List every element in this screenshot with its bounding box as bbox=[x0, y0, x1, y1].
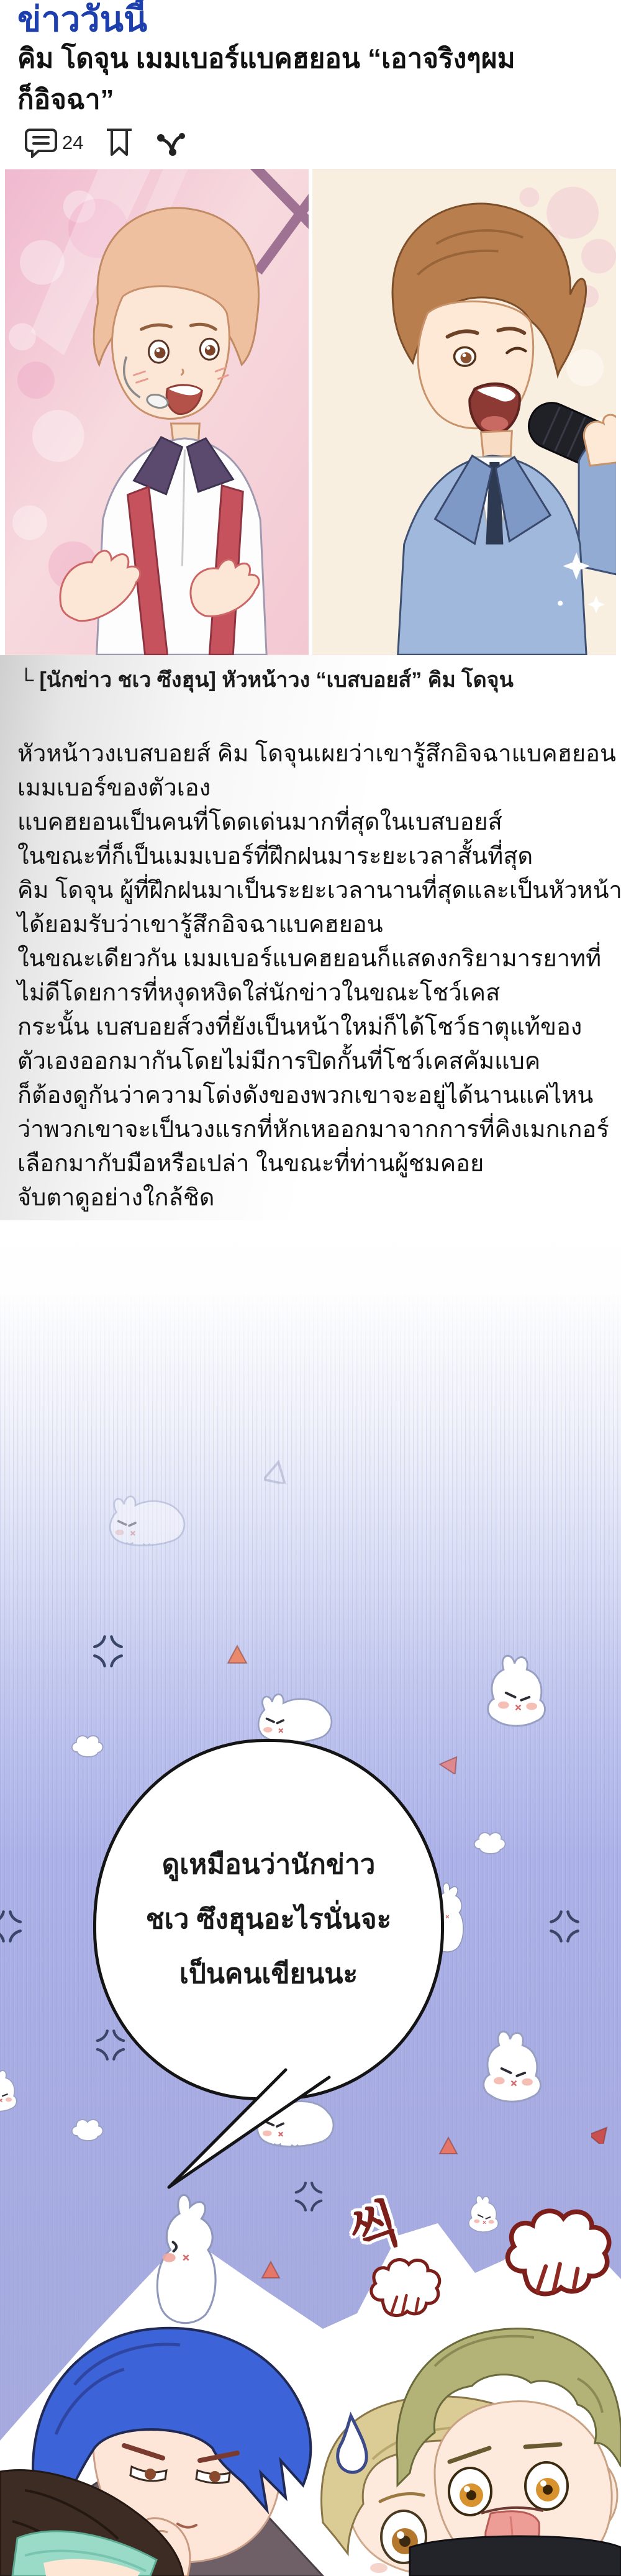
triangle-orange bbox=[227, 1644, 248, 1664]
angry-bunny-front bbox=[478, 1649, 556, 1728]
photo-left-headset-mic bbox=[5, 169, 309, 655]
webtoon-page: ข่าววันนี้ คิม โดจุน เมมเบอร์แบคฮยอน “เอ… bbox=[0, 0, 621, 2576]
body-line: ในขณะเดียวกัน เมมเบอร์แบคฮยอนก็แสดงกริยา… bbox=[17, 942, 607, 976]
share-button[interactable] bbox=[155, 128, 185, 158]
white-bunny-sitting bbox=[157, 2195, 215, 2323]
speech-bubble-tail bbox=[149, 2028, 342, 2202]
triangle-red-corner bbox=[591, 2124, 612, 2144]
body-line: เลือกมากับมือหรือเปล่า ในขณะที่ท่านผู้ชม… bbox=[17, 1147, 607, 1181]
comment-button[interactable]: 24 bbox=[25, 127, 83, 160]
body-line: ได้ยอมรับว่าเขารู้สึกอิจฉาแบคฮยอน bbox=[17, 908, 607, 942]
article-toolbar: 24 bbox=[25, 124, 185, 161]
angry-bunny-crawl bbox=[244, 1685, 340, 1746]
article-body: หัวหน้าวงเบสบอยส์ คิม โดจุนเผยว่าเขารู้ส… bbox=[17, 737, 607, 1215]
body-line: ในขณะที่ก็เป็นเมมเบอร์ที่ฝึกฝนมาระยะเวลา… bbox=[17, 840, 607, 874]
faint-bunny bbox=[99, 1487, 189, 1549]
angry-bunny-front bbox=[473, 2025, 552, 2104]
body-line: ว่าพวกเขาจะเป็นวงแรกที่หักเหออกมาจากการท… bbox=[17, 1113, 607, 1147]
body-line: จับตาดูอย่างใกล้ชิด bbox=[17, 1181, 607, 1215]
body-line: แบคฮยอนเป็นคนที่โดดเด่นมากที่สุดในเบสบอย… bbox=[17, 805, 607, 840]
cloud-puff bbox=[471, 1828, 507, 1859]
webtoon-panel: ดูเหมือนว่านักข่าว ชเว ซึงฮุนอะไรนั่นจะ … bbox=[0, 1220, 621, 2576]
headline-line-2: ก็อิจฉา” bbox=[17, 79, 601, 120]
faint-triangle bbox=[264, 1460, 289, 1484]
comment-bubble-icon bbox=[25, 127, 57, 160]
body-line: ก็ต้องดูกันว่าความโด่งดังของพวกเขาจะอยู่… bbox=[17, 1079, 607, 1113]
photo-caption: └ [นักข่าว ชเว ซึงฮุน] หัวหน้าวง “เบสบอย… bbox=[19, 663, 609, 696]
bubble-line-2: ชเว ซึงฮุนอะไรนั่นจะ bbox=[146, 1892, 392, 1947]
photo-right-blue-suit bbox=[312, 169, 616, 655]
news-headline: คิม โดจุน เมมเบอร์แบคฮยอน “เอาจริงๆผม ก็… bbox=[17, 39, 601, 120]
headline-line-1: คิม โดจุน เมมเบอร์แบคฮยอน “เอาจริงๆผม bbox=[17, 39, 601, 79]
body-line: ไม่ดีโดยการที่หงุดหงิดใส่นักข่าวในขณะโชว… bbox=[17, 976, 607, 1010]
news-lower-section: └ [นักข่าว ชเว ซึงฮุน] หัวหน้าวง “เบสบอย… bbox=[0, 655, 621, 1220]
triangle-salmon bbox=[438, 2136, 458, 2155]
bookmark-icon bbox=[104, 127, 134, 160]
black-shirt bbox=[410, 2536, 621, 2576]
cloud-puff bbox=[68, 2115, 104, 2146]
share-icon bbox=[155, 128, 185, 158]
triangle-pink bbox=[438, 1756, 458, 1774]
body-line: กระนั้น เบสบอยส์วงที่ยังเป็นหน้าใหม่ก็ได… bbox=[17, 1010, 607, 1045]
body-line: ตัวเองออกมากันโดยไม่มีการปิดกั้นที่โชว์เ… bbox=[17, 1045, 607, 1079]
anger-mark bbox=[546, 1908, 582, 1944]
anger-mark bbox=[90, 1633, 126, 1669]
comment-count: 24 bbox=[62, 132, 83, 154]
body-line: คิม โดจุน ผู้ที่ฝึกฝนมาเป็นระยะเวลานานที… bbox=[17, 874, 607, 908]
anger-mark bbox=[0, 1908, 25, 1944]
bubble-line-3: เป็นคนเขียนนะ bbox=[179, 1947, 358, 2002]
bookmark-button[interactable] bbox=[104, 127, 134, 160]
bunny-left-edge bbox=[0, 2052, 22, 2126]
bubble-line-1: ดูเหมือนว่านักข่าว bbox=[162, 1838, 376, 1892]
chibi-characters-illustration bbox=[0, 2198, 621, 2576]
cloud-puff bbox=[68, 1731, 104, 1762]
body-line: หัวหน้าวงเบสบอยส์ คิม โดจุนเผยว่าเขารู้ส… bbox=[17, 737, 607, 771]
body-line: เมมเบอร์ของตัวเอง bbox=[17, 771, 607, 805]
anger-mark bbox=[93, 2028, 128, 2062]
